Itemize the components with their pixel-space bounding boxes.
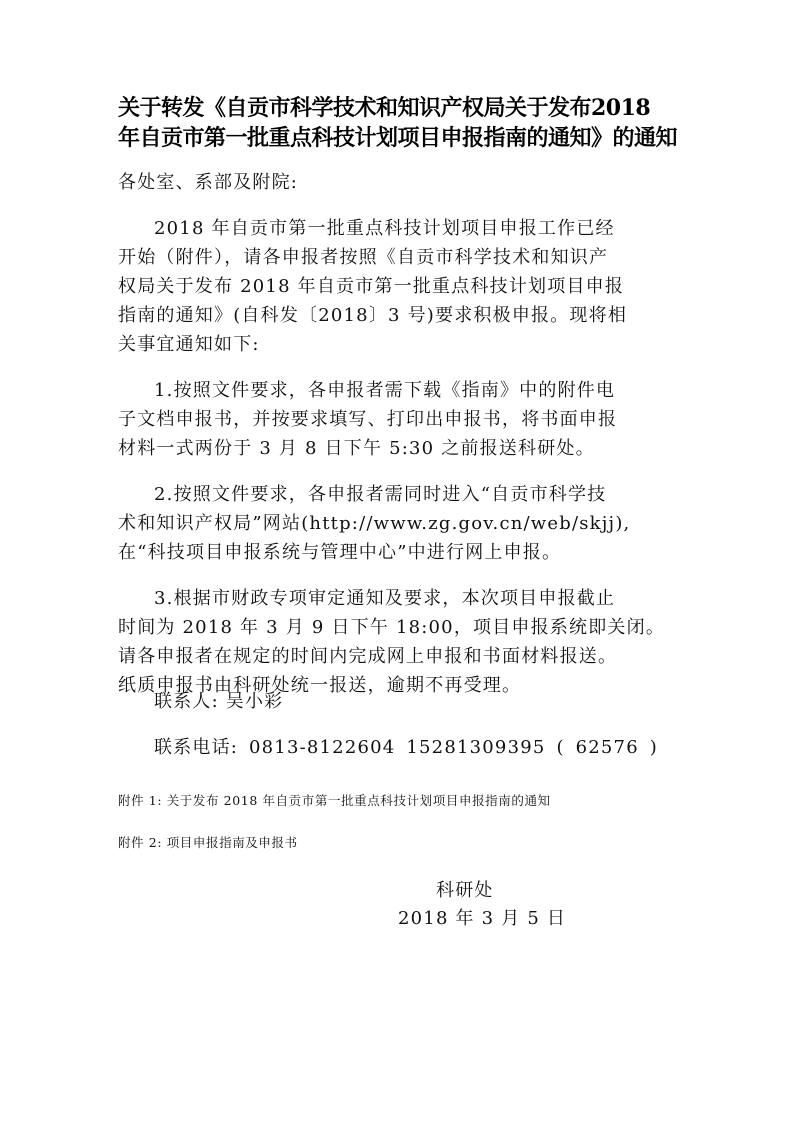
signature-department: 科研处 xyxy=(436,876,494,905)
item2-line-1: 2.按照文件要求，各申报者需同时进入“自贡市科学技 xyxy=(154,480,606,509)
item3-line-3: 请各申报者在规定的时间内完成网上申报和书面材料报送。 xyxy=(118,642,617,671)
item3-line-1: 3.根据市财政专项审定通知及要求，本次项目申报截止 xyxy=(154,584,615,613)
item2-line-3: 在“科技项目申报系统与管理中心”中进行网上申报。 xyxy=(118,538,561,567)
item1-line-3: 材料一式两份于 3 月 8 日下午 5:30 之前报送科研处。 xyxy=(118,434,595,463)
attachment-2: 附件 2: 项目申报指南及申报书 xyxy=(118,828,298,857)
attachment-1: 附件 1: 关于发布 2018 年自贡市第一批重点科技计划项目申报指南的通知 xyxy=(118,786,551,815)
item1-line-2: 子文档申报书，并按要求填写、打印出申报书，将书面申报 xyxy=(118,405,617,434)
signature-date: 2018 年 3 月 5 日 xyxy=(398,904,566,933)
intro-line-5: 关事宜通知如下: xyxy=(118,330,260,359)
title-line-2: 年自贡市第一批重点科技计划项目申报指南的通知》的通知 xyxy=(118,123,688,153)
contact-person-line: 联系人: 吴小彩 xyxy=(154,687,283,716)
item3-line-2: 时间为 2018 年 3 月 9 日下午 18:00，项目申报系统即关闭。 xyxy=(118,613,665,642)
title-line-1: 关于转发《自贡市科学技术和知识产权局关于发布2018 xyxy=(118,93,688,123)
document-title: 关于转发《自贡市科学技术和知识产权局关于发布2018 年自贡市第一批重点科技计划… xyxy=(118,93,688,153)
intro-line-2: 开始（附件），请各申报者按照《自贡市科学技术和知识产 xyxy=(118,243,608,272)
intro-line-4: 指南的通知》(自科发〔2018〕3 号)要求积极申报。现将相 xyxy=(118,301,627,330)
contact-phone-line: 联系电话: 0813-8122604 15281309395 ( 62576 ) xyxy=(154,733,658,762)
document-page: 关于转发《自贡市科学技术和知识产权局关于发布2018 年自贡市第一批重点科技计划… xyxy=(0,0,793,1122)
salutation: 各处室、系部及附院: xyxy=(118,168,298,197)
intro-line-3: 权局关于发布 2018 年自贡市第一批重点科技计划项目申报 xyxy=(118,272,624,301)
intro-line-1: 2018 年自贡市第一批重点科技计划项目申报工作已经 xyxy=(154,214,615,243)
item2-line-2: 术和知识产权局”网站(http://www.zg.gov.cn/web/skjj… xyxy=(118,509,630,538)
item1-line-1: 1.按照文件要求，各申报者需下载《指南》中的附件电 xyxy=(154,376,615,405)
